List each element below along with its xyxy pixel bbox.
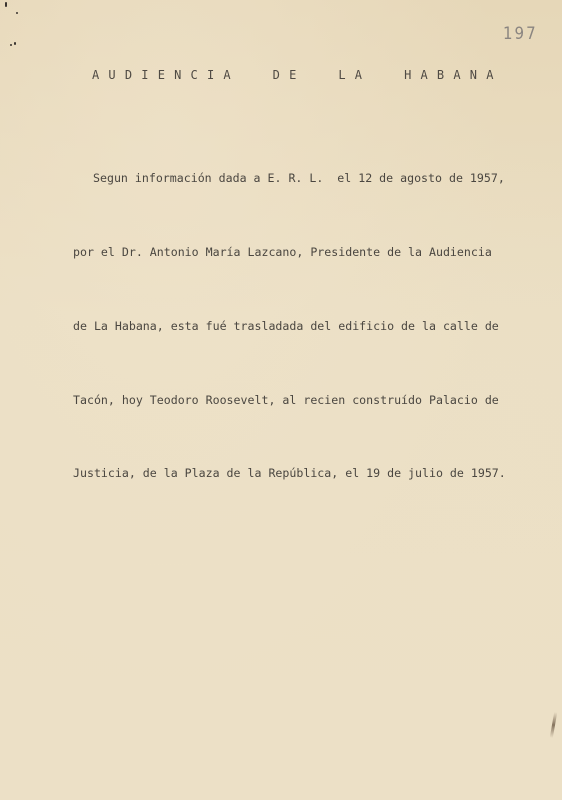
margin-mark xyxy=(5,2,7,7)
page-number: 197 xyxy=(503,23,538,44)
margin-mark xyxy=(14,42,16,45)
document-title: AUDIENCIA DE LA HABANA xyxy=(92,68,503,82)
body-paragraph: Segun información dada a E. R. L. el 12 … xyxy=(73,117,553,535)
paragraph-line: de La Habana, esta fué trasladada del ed… xyxy=(73,314,553,339)
margin-mark xyxy=(16,12,18,14)
paragraph-line: por el Dr. Antonio María Lazcano, Presid… xyxy=(73,240,553,265)
margin-mark xyxy=(10,44,12,46)
paragraph-line: Justicia, de la Plaza de la República, e… xyxy=(73,461,553,486)
paragraph-line: Segun información dada a E. R. L. el 12 … xyxy=(73,166,553,191)
edge-tear-mark xyxy=(550,712,557,738)
paragraph-line: Tacón, hoy Teodoro Roosevelt, al recien … xyxy=(73,388,553,413)
document-page: 197 AUDIENCIA DE LA HABANA Segun informa… xyxy=(0,0,562,800)
